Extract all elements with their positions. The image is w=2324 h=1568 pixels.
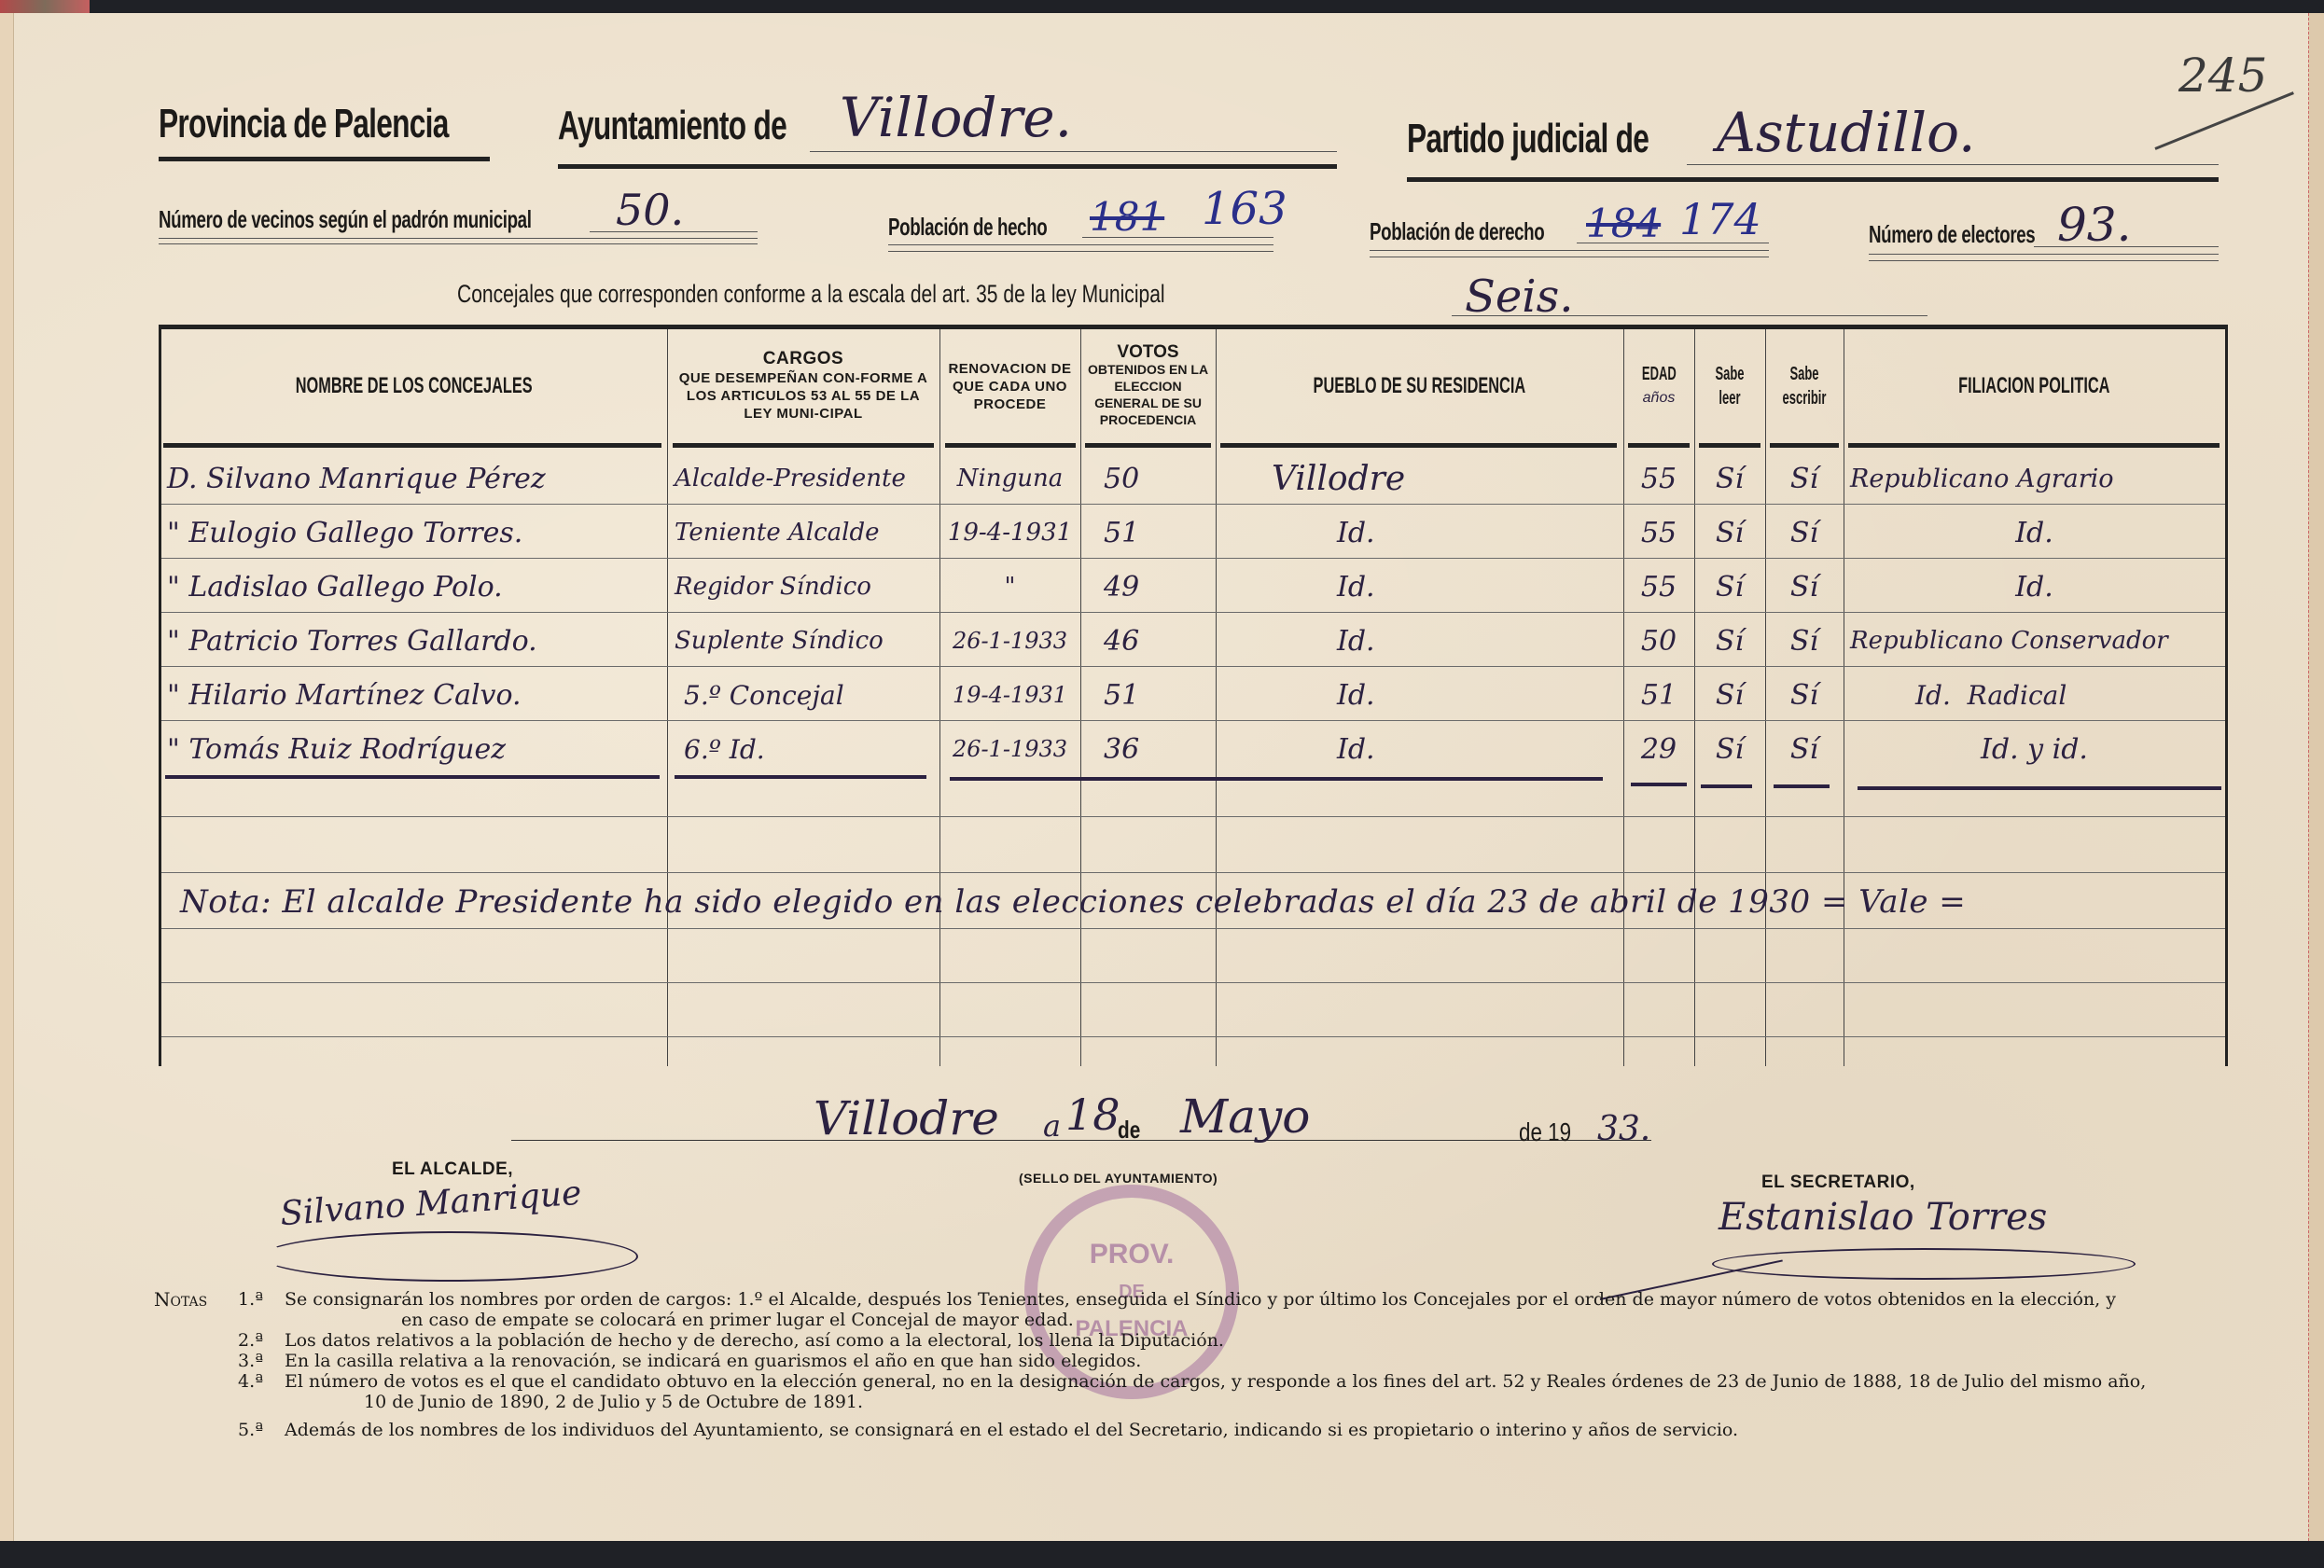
entries-end-rule — [1631, 783, 1687, 786]
cell-nombre: " Ladislao Gallego Polo. — [167, 562, 661, 611]
hecho-double-rule-2 — [888, 251, 1273, 252]
vecinos-double-rule-2 — [159, 243, 758, 244]
cell-renovacion: 19-4-1931 — [939, 671, 1080, 719]
cell-renovacion: Ninguna — [939, 454, 1080, 503]
cell-escribir: Sí — [1765, 454, 1844, 503]
cell-votos: 51 — [1104, 508, 1206, 557]
date-month: Mayo — [1180, 1089, 1310, 1144]
cell-leer: Sí — [1694, 508, 1765, 557]
cell-renovacion: 26-1-1933 — [939, 617, 1080, 665]
vecinos-label: Número de vecinos según el padrón munici… — [159, 205, 532, 234]
header-underline — [1770, 443, 1839, 448]
cell-escribir: Sí — [1765, 617, 1844, 665]
cell-leer: Sí — [1694, 725, 1765, 773]
header-underline — [163, 443, 661, 448]
cell-pueblo: Id. — [1337, 617, 1524, 665]
cell-edad: 55 — [1623, 508, 1694, 557]
electores-double-rule-1 — [1869, 254, 2219, 255]
partido-field-line — [1687, 164, 2219, 165]
header-filiacion: FILIACION POLITICA — [1844, 329, 2225, 443]
provincia-label: Provincia de Palencia — [159, 101, 449, 147]
cell-leer: Sí — [1694, 671, 1765, 719]
footnote-number: 5.ª — [238, 1420, 285, 1440]
entries-end-rule — [1858, 786, 2221, 790]
date-place: Villodre — [814, 1091, 999, 1145]
cell-votos: 50 — [1104, 454, 1206, 503]
bottom-book-edge — [0, 1541, 2324, 1568]
cell-leer: Sí — [1694, 454, 1765, 503]
derecho-double-rule-2 — [1370, 257, 1769, 257]
footnote-text: Los datos relativos a la población de he… — [285, 1330, 2244, 1351]
secretario-signature-flourish — [1712, 1248, 2136, 1280]
footnotes-label: Notas — [154, 1289, 238, 1310]
entries-end-rule — [1774, 784, 1830, 788]
secretario-signature: Estanislao Torres — [1719, 1196, 2047, 1239]
cell-votos: 51 — [1104, 671, 1206, 719]
cell-filiacion: Id. Radical — [1915, 671, 2214, 719]
cell-pueblo: Id. — [1337, 508, 1524, 557]
cell-filiacion: Id. — [1844, 562, 2225, 611]
cell-filiacion: Id. y id. — [1844, 725, 2225, 773]
electores-field-line — [2034, 246, 2219, 247]
date-year-prefix: de 19 — [1519, 1117, 1571, 1147]
footnote-1: Notas 1.ª Se consignarán los nombres por… — [154, 1289, 2244, 1310]
footnote-4: 4.ª El número de votos es el que el cand… — [154, 1371, 2244, 1392]
header-underline — [673, 443, 934, 448]
cell-filiacion: Republicano Agrario — [1850, 454, 2223, 503]
header-underline — [1848, 443, 2220, 448]
header-escribir: Sabe escribir — [1765, 329, 1844, 443]
ayuntamiento-value: Villodre. — [840, 86, 1072, 149]
derecho-double-rule-1 — [1370, 250, 1769, 251]
cell-escribir: Sí — [1765, 671, 1844, 719]
cell-leer: Sí — [1694, 617, 1765, 665]
footnote-number: 2.ª — [238, 1330, 285, 1351]
cell-leer: Sí — [1694, 562, 1765, 611]
table-row: " Eulogio Gallego Torres. Teniente Alcal… — [161, 505, 2225, 559]
cell-cargo: 5.º Concejal — [684, 671, 936, 719]
cell-votos: 46 — [1104, 617, 1206, 665]
cell-pueblo: Id. — [1337, 725, 1524, 773]
vecinos-field-line — [590, 231, 758, 232]
vecinos-value: 50. — [616, 185, 684, 235]
partido-label: Partido judicial de — [1407, 116, 1649, 162]
blank-row-rule — [161, 982, 2225, 983]
footnote-continuation: en caso de empate se colocará en primer … — [154, 1310, 2244, 1330]
sello-label: (SELLO DEL AYUNTAMIENTO) — [1019, 1171, 1218, 1186]
table-row: " Ladislao Gallego Polo. Regidor Síndico… — [161, 559, 2225, 613]
entries-end-rule — [950, 777, 1603, 781]
footnote-text: El número de votos es el que el candidat… — [285, 1371, 2244, 1392]
cell-escribir: Sí — [1765, 725, 1844, 773]
blank-row-rule — [161, 872, 2225, 873]
electores-double-rule-2 — [1869, 260, 2219, 261]
cell-renovacion: 26-1-1933 — [939, 725, 1080, 773]
page-number: 245 — [2178, 49, 2267, 103]
header-pueblo: PUEBLO DE SU RESIDENCIA — [1216, 329, 1623, 443]
header-underline — [1699, 443, 1760, 448]
footnote-text: Además de los nombres de los individuos … — [285, 1420, 2244, 1440]
header-cargos: CARGOS QUE DESEMPEÑAN CON-FORME A LOS AR… — [667, 329, 939, 443]
blank-row-rule — [161, 816, 2225, 817]
footnote-5: 5.ª Además de los nombres de los individ… — [154, 1420, 2244, 1440]
marbled-cover — [0, 0, 90, 13]
cell-cargo: Regidor Síndico — [675, 562, 936, 611]
footnote-3: 3.ª En la casilla relativa a la renovaci… — [154, 1351, 2244, 1371]
concejales-field-line — [1452, 315, 1927, 316]
hecho-value: 163 — [1202, 183, 1287, 235]
cell-edad: 55 — [1623, 454, 1694, 503]
hecho-field-line — [1082, 237, 1273, 238]
table-row: D. Silvano Manrique Pérez Alcalde-Presid… — [161, 451, 2225, 505]
hecho-label: Población de hecho — [888, 213, 1047, 242]
header-votos: VOTOS OBTENIDOS EN LA ELECCION GENERAL D… — [1080, 329, 1216, 443]
ayuntamiento-field-line — [810, 151, 1337, 152]
cell-nombre: D. Silvano Manrique Pérez — [167, 454, 661, 503]
header-underline — [1628, 443, 1690, 448]
cell-edad: 29 — [1623, 725, 1694, 773]
cell-escribir: Sí — [1765, 508, 1844, 557]
entries-end-rule — [1701, 784, 1752, 788]
header-leer: Sabe leer — [1694, 329, 1765, 443]
concejales-label: Concejales que corresponden conforme a l… — [457, 280, 1165, 309]
date-a: a — [1043, 1108, 1061, 1144]
table-note: Nota: El alcalde Presidente ha sido eleg… — [180, 883, 1966, 921]
electores-value: 93. — [2057, 198, 2132, 252]
ayuntamiento-underline — [558, 164, 1337, 169]
derecho-field-line — [1577, 243, 1769, 243]
partido-value: Astudillo. — [1717, 101, 1975, 164]
footnotes: Notas 1.ª Se consignarán los nombres por… — [154, 1289, 2244, 1440]
footnote-continuation: 10 de Junio de 1890, 2 de Julio y 5 de O… — [154, 1392, 2244, 1412]
cell-edad: 55 — [1623, 562, 1694, 611]
cell-nombre: " Hilario Martínez Calvo. — [167, 671, 661, 719]
cell-edad: 50 — [1623, 617, 1694, 665]
concejales-table: NOMBRE DE LOS CONCEJALES CARGOS QUE DESE… — [159, 325, 2228, 1066]
header-underline — [945, 443, 1076, 448]
footnote-number: 1.ª — [238, 1289, 285, 1310]
cell-cargo: 6.º Id. — [684, 725, 936, 773]
cell-renovacion: 19-4-1931 — [939, 508, 1080, 557]
footnote-text: En la casilla relativa a la renovación, … — [285, 1351, 2244, 1371]
partido-underline — [1407, 177, 2219, 182]
hecho-double-rule-1 — [888, 244, 1273, 245]
cell-votos: 49 — [1104, 562, 1206, 611]
date-de: de — [1118, 1116, 1140, 1145]
alcalde-label: EL ALCALDE, — [392, 1159, 513, 1180]
footnote-number: 3.ª — [238, 1351, 285, 1371]
derecho-label: Población de derecho — [1370, 217, 1544, 246]
cell-pueblo: Id. — [1337, 671, 1524, 719]
table-row: " Tomás Ruiz Rodríguez 6.º Id. 26-1-1933… — [161, 721, 2225, 775]
entries-end-rule — [165, 775, 660, 779]
footnote-number: 4.ª — [238, 1371, 285, 1392]
table-row: " Hilario Martínez Calvo. 5.º Concejal 1… — [161, 667, 2225, 721]
provincia-underline — [159, 157, 490, 161]
entries-end-rule — [675, 775, 926, 779]
cell-pueblo: Id. — [1337, 562, 1524, 611]
cell-escribir: Sí — [1765, 562, 1844, 611]
cell-filiacion: Republicano Conservador — [1850, 617, 2223, 665]
ayuntamiento-label: Ayuntamiento de — [558, 103, 786, 149]
cell-renovacion: " — [939, 562, 1080, 611]
footnote-text: Se consignarán los nombres por orden de … — [285, 1289, 2244, 1310]
cell-edad: 51 — [1623, 671, 1694, 719]
derecho-struck-value: 184 — [1586, 201, 1661, 246]
header-edad: EDAD años — [1623, 329, 1694, 443]
header-underline — [1085, 443, 1211, 448]
date-year-suffix: 33. — [1597, 1110, 1650, 1148]
page-binding — [0, 13, 14, 1543]
cell-cargo: Suplente Síndico — [675, 617, 936, 665]
top-book-edge — [0, 0, 2324, 13]
header-nombre: NOMBRE DE LOS CONCEJALES — [161, 329, 667, 443]
alcalde-signature-flourish — [261, 1231, 638, 1282]
footnote-2: 2.ª Los datos relativos a la población d… — [154, 1330, 2244, 1351]
blank-row-rule — [161, 928, 2225, 929]
cell-cargo: Alcalde-Presidente — [675, 454, 936, 503]
cell-cargo: Teniente Alcalde — [675, 508, 936, 557]
right-page-edge — [2308, 13, 2324, 1541]
header-underline — [1220, 443, 1617, 448]
cell-nombre: " Patricio Torres Gallardo. — [167, 617, 661, 665]
cell-pueblo: Villodre — [1272, 454, 1607, 503]
cell-votos: 36 — [1104, 725, 1206, 773]
header-renovacion: RENOVACION DE QUE CADA UNO PROCEDE — [939, 329, 1080, 443]
derecho-value: 174 — [1679, 194, 1761, 244]
vecinos-double-rule-1 — [159, 238, 758, 239]
secretario-label: EL SECRETARIO, — [1761, 1173, 1915, 1193]
blank-row-rule — [161, 1036, 2225, 1037]
dateline-rule — [511, 1140, 1651, 1141]
table-row: " Patricio Torres Gallardo. Suplente Sín… — [161, 613, 2225, 667]
date-day: 18 — [1065, 1089, 1120, 1140]
cell-nombre: " Tomás Ruiz Rodríguez — [167, 725, 661, 773]
electores-label: Número de electores — [1869, 220, 2035, 249]
cell-nombre: " Eulogio Gallego Torres. — [167, 508, 661, 557]
hecho-struck-value: 181 — [1090, 194, 1164, 240]
cell-filiacion: Id. — [1844, 508, 2225, 557]
